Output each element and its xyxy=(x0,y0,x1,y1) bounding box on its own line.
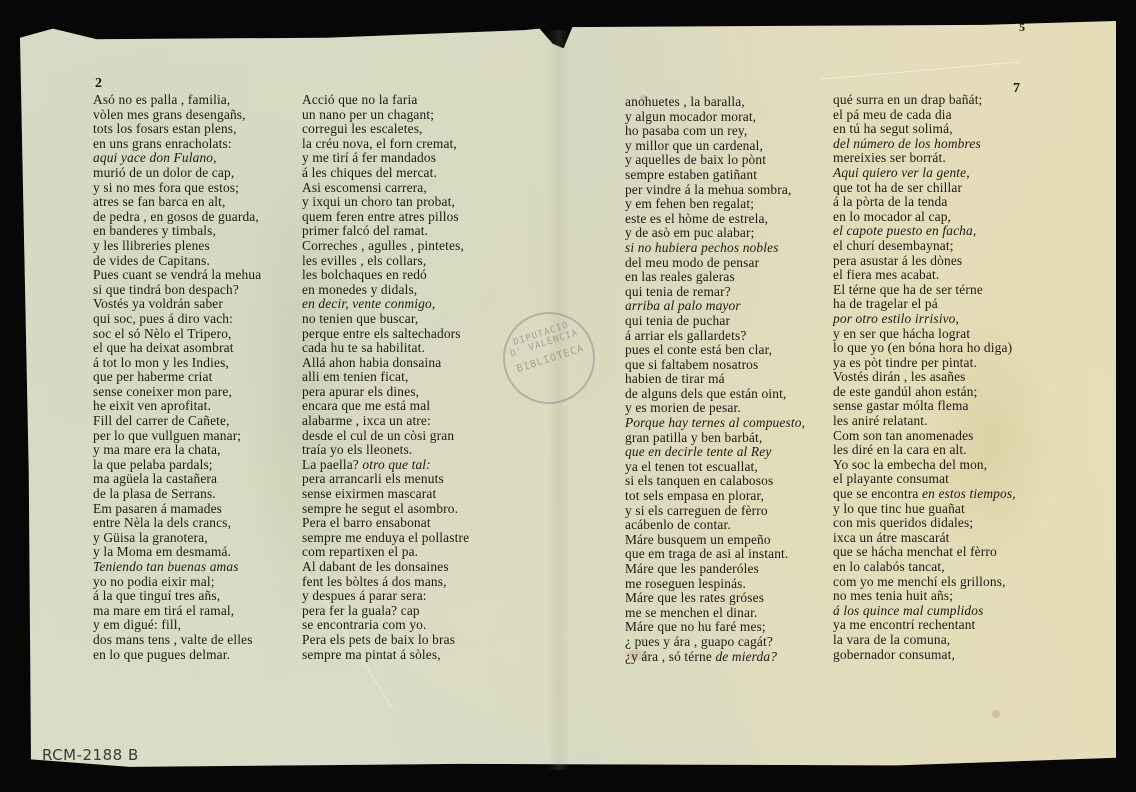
verse-line: en uns grans enracholats: xyxy=(93,137,261,152)
verse-line: La paella? otro que tal: xyxy=(302,458,469,473)
verse-line: Vostés ya voldrán saber xyxy=(93,297,261,312)
verse-line: cada hu te sa habilitat. xyxy=(302,341,469,356)
verse-line: fent les bòltes á dos mans, xyxy=(302,575,469,590)
verse-line-italic: otro que tal: xyxy=(362,457,430,472)
verse-line: ¿y ára , só térne de mierda? xyxy=(625,650,805,665)
verse-line: atres se fan barca en alt, xyxy=(93,195,261,210)
signature-mark: 5 xyxy=(1019,20,1025,35)
verse-line: á la pòrta de la tenda xyxy=(833,195,1016,210)
verse-line: por otro estilo irrisivo, xyxy=(833,312,1016,327)
verse-line: á arriar els gallardets? xyxy=(625,329,805,344)
right-page-column-1: anohuetes , la baralla,y algun mocador m… xyxy=(625,95,805,664)
verse-line: si no hubiera pechos nobles xyxy=(625,241,805,256)
verse-line: sense gastar mólta flema xyxy=(833,399,1016,414)
verse-line: ya es pòt tindre per pintat. xyxy=(833,356,1016,371)
verse-line: alli em tenien ficat, xyxy=(302,370,469,385)
verse-line: y les llibreries plenes xyxy=(93,239,261,254)
verse-line-italic: en estos tiempos, xyxy=(922,486,1016,501)
verse-line: el capote puesto en facha, xyxy=(833,224,1016,239)
verse-line: arriba al palo mayor xyxy=(625,299,805,314)
verse-line: Porque hay ternes al compuesto, xyxy=(625,416,805,431)
verse-line: y em digué: fill, xyxy=(93,618,261,633)
verse-line: yo no podia eixir mal; xyxy=(93,575,261,590)
verse-line: si els tanquen en calabosos xyxy=(625,474,805,489)
verse-line: corregui les escaletes, xyxy=(302,122,469,137)
verse-line: soc el só Nèlo el Tripero, xyxy=(93,327,261,342)
verse-line: les aniré relatant. xyxy=(833,414,1016,429)
verse-line: les bolchaques en redó xyxy=(302,268,469,283)
verse-line: Al dabant de les donsaines xyxy=(302,560,469,575)
left-page-column-1: Asó no es palla , familia,vòlen mes gran… xyxy=(93,93,261,662)
verse-line: per vindre á la mehua sombra, xyxy=(625,183,805,198)
verse-line: no mes tenia huit añs; xyxy=(833,589,1016,604)
verse-line-roman: ¿y ára , só térne xyxy=(625,649,715,664)
verse-line: quem feren entre atres pillos xyxy=(302,210,469,225)
verse-line: y algun mocador morat, xyxy=(625,110,805,125)
verse-line: Aqui quiero ver la gente, xyxy=(833,166,1016,181)
verse-line: de vides de Capitans. xyxy=(93,254,261,269)
verse-line: Pera el barro ensabonat xyxy=(302,516,469,531)
verse-line: el pá meu de cada dia xyxy=(833,108,1016,123)
verse-line: de pedra , en gosos de guarda, xyxy=(93,210,261,225)
verse-line: sempre estaben gatiñant xyxy=(625,168,805,183)
verse-line: alabarme , ixca un atre: xyxy=(302,414,469,429)
right-page-column-2: qué surra en un drap bañát;el pá meu de … xyxy=(833,93,1016,662)
verse-line: á les chiques del mercat. xyxy=(302,166,469,181)
verse-line: Máre que les panderóles xyxy=(625,562,805,577)
verse-line: sempre he segut el asombro. xyxy=(302,502,469,517)
verse-line: ha de tragelar el pá xyxy=(833,297,1016,312)
verse-line: aqui yace don Fulano, xyxy=(93,151,261,166)
verse-line: Com son tan anomenades xyxy=(833,429,1016,444)
verse-line: ma mare em tirá el ramal, xyxy=(93,604,261,619)
verse-line: de la plasa de Serrans. xyxy=(93,487,261,502)
verse-line: Asi escomensi carrera, xyxy=(302,181,469,196)
verse-line: y ixqui un choro tan probat, xyxy=(302,195,469,210)
verse-line: pera asustar á les dònes xyxy=(833,254,1016,269)
verse-line: ya me encontrí rechentant xyxy=(833,618,1016,633)
verse-line: de este gandúl ahon están; xyxy=(833,385,1016,400)
verse-line: en tú ha segut solimá, xyxy=(833,122,1016,137)
verse-line: del meu modo de pensar xyxy=(625,256,805,271)
verse-line: y la Moma em desmamá. xyxy=(93,545,261,560)
verse-line: perque entre els saltechadors xyxy=(302,327,469,342)
verse-line: dos mans tens , valte de elles xyxy=(93,633,261,648)
left-page-column-2: Acció que no la fariaun nano per un chag… xyxy=(302,93,469,662)
verse-line: y si els carreguen de fèrro xyxy=(625,504,805,519)
verse-line: Fill del carrer de Cañete, xyxy=(93,414,261,429)
paper-spot xyxy=(992,710,1000,718)
verse-line: sempre ma pintat á sòles, xyxy=(302,648,469,663)
verse-line: vòlen mes grans desengañs, xyxy=(93,108,261,123)
verse-line: ho pasaba com un rey, xyxy=(625,124,805,139)
verse-line: á los quince mal cumplidos xyxy=(833,604,1016,619)
verse-line: pera arrancarli els menuts xyxy=(302,472,469,487)
verse-line: per lo que vullguen manar; xyxy=(93,429,261,444)
verse-line: murió de un dolor de cap, xyxy=(93,166,261,181)
verse-line: la vara de la comuna, xyxy=(833,633,1016,648)
verse-line: pera apurar els dines, xyxy=(302,385,469,400)
verse-line: tot sels empasa en plorar, xyxy=(625,489,805,504)
verse-line: Asó no es palla , familia, xyxy=(93,93,261,108)
verse-line: este es el hòme de estrela, xyxy=(625,212,805,227)
verse-line: habien de tirar má xyxy=(625,372,805,387)
verse-line: primer falcó del ramat. xyxy=(302,224,469,239)
verse-line: el fiera mes acabat. xyxy=(833,268,1016,283)
verse-line: y despues á parar sera: xyxy=(302,589,469,604)
verse-line: se encontraria com yo. xyxy=(302,618,469,633)
verse-line: que se hácha menchat el fèrro xyxy=(833,545,1016,560)
verse-line: ¿ pues y ára , guapo cagát? xyxy=(625,635,805,650)
verse-line: Máre que no hu faré mes; xyxy=(625,620,805,635)
verse-line: en las reales galeras xyxy=(625,270,805,285)
verse-line: mereixies ser borrát. xyxy=(833,151,1016,166)
verse-line: y ma mare era la chata, xyxy=(93,443,261,458)
verse-line: com yo me menchí els grillons, xyxy=(833,575,1016,590)
verse-line: ya el tenen tot escuallat, xyxy=(625,460,805,475)
verse-line: en monedes y didals, xyxy=(302,283,469,298)
verse-line: me se menchen el dinar. xyxy=(625,606,805,621)
verse-line: Teniendo tan buenas amas xyxy=(93,560,261,575)
verse-line: á tot lo mon y les Indies, xyxy=(93,356,261,371)
verse-line: ixca un átre mascarát xyxy=(833,531,1016,546)
verse-line: y me tirí á fer mandados xyxy=(302,151,469,166)
verse-line: con mis queridos didales; xyxy=(833,516,1016,531)
verse-line: encara que me está mal xyxy=(302,399,469,414)
verse-line: Pues cuant se vendrá la mehua xyxy=(93,268,261,283)
verse-line: el churí desembaynat; xyxy=(833,239,1016,254)
verse-line: que se encontra en estos tiempos, xyxy=(833,487,1016,502)
verse-line: en decir, vente conmigo, xyxy=(302,297,469,312)
verse-line: desde el cul de un còsi gran xyxy=(302,429,469,444)
verse-line: ma agüela la castañera xyxy=(93,472,261,487)
verse-line: de alguns dels que están oint, xyxy=(625,387,805,402)
verse-line: la créu nova, el forn cremat, xyxy=(302,137,469,152)
verse-line: la que pelaba pardals; xyxy=(93,458,261,473)
verse-line: les diré en la cara en alt. xyxy=(833,443,1016,458)
verse-line: lo que yo (en bóna hora ho diga) xyxy=(833,341,1016,356)
verse-line: El térne que ha de ser térne xyxy=(833,283,1016,298)
verse-line: qui soc, pues á diro vach: xyxy=(93,312,261,327)
verse-line-italic: de mierda? xyxy=(715,649,777,664)
verse-line: que em traga de asi al instant. xyxy=(625,547,805,562)
verse-line: traía yo els lleonets. xyxy=(302,443,469,458)
verse-line: les evilles , els collars, xyxy=(302,254,469,269)
verse-line: á la que tinguí tres añs, xyxy=(93,589,261,604)
verse-line-roman: La paella? xyxy=(302,457,362,472)
verse-line: y si no mes fora que estos; xyxy=(93,181,261,196)
verse-line: gobernador consumat, xyxy=(833,648,1016,663)
verse-line: el playante consumat xyxy=(833,472,1016,487)
verse-line: y lo que tinc hue guañat xyxy=(833,502,1016,517)
verse-line: en lo calabós tancat, xyxy=(833,560,1016,575)
verse-line: y em fehen ben regalat; xyxy=(625,197,805,212)
verse-line: qui tenia de puchar xyxy=(625,314,805,329)
verse-line: Máre busquem un empeño xyxy=(625,533,805,548)
verse-line: pera fer la guala? cap xyxy=(302,604,469,619)
verse-line: y Güisa la granotera, xyxy=(93,531,261,546)
verse-line: en lo que pugues delmar. xyxy=(93,648,261,663)
verse-line: me roseguen lespinás. xyxy=(625,577,805,592)
verse-line: si que tindrá bon despach? xyxy=(93,283,261,298)
verse-line: Vostés dirán , les asañes xyxy=(833,370,1016,385)
verse-line: del número de los hombres xyxy=(833,137,1016,152)
verse-line: Acció que no la faria xyxy=(302,93,469,108)
verse-line: y es morien de pesar. xyxy=(625,401,805,416)
verse-line: no tenien que buscar, xyxy=(302,312,469,327)
verse-line: pues el conte está ben clar, xyxy=(625,343,805,358)
verse-line: entre Nèla la dels crancs, xyxy=(93,516,261,531)
verse-line: en lo mocador al cap, xyxy=(833,210,1016,225)
verse-line: gran patilla y ben barbát, xyxy=(625,431,805,446)
verse-line: qué surra en un drap bañát; xyxy=(833,93,1016,108)
verse-line: que en decirle tente al Rey xyxy=(625,445,805,460)
verse-line: sense eixirmen mascarat xyxy=(302,487,469,502)
shelfmark-label: RCM-2188 B xyxy=(42,746,139,764)
verse-line: el que ha deixat asombrat xyxy=(93,341,261,356)
verse-line: anohuetes , la baralla, xyxy=(625,95,805,110)
verse-line: com repartixen el pa. xyxy=(302,545,469,560)
verse-line: y millor que un cardenal, xyxy=(625,139,805,154)
verse-line: he eixit ven aprofitat. xyxy=(93,399,261,414)
verse-line: y en ser que hácha lograt xyxy=(833,327,1016,342)
verse-line: que tot ha de ser chillar xyxy=(833,181,1016,196)
verse-line: en banderes y timbals, xyxy=(93,224,261,239)
verse-line: acábenlo de contar. xyxy=(625,518,805,533)
verse-line: Pera els pets de baix lo bras xyxy=(302,633,469,648)
verse-line: tots los fosars estan plens, xyxy=(93,122,261,137)
verse-line: qui tenia de remar? xyxy=(625,285,805,300)
verse-line: y aquelles de baix lo pònt xyxy=(625,153,805,168)
verse-line: y de asò em puc alabar; xyxy=(625,226,805,241)
verse-line: Correches , agulles , pintetes, xyxy=(302,239,469,254)
verse-line: Allá ahon habia donsaina xyxy=(302,356,469,371)
verse-line: Em pasaren á mamades xyxy=(93,502,261,517)
page-number-left: 2 xyxy=(95,76,102,92)
verse-line: que si faltabem nosatros xyxy=(625,358,805,373)
verse-line: Yo soc la embecha del mon, xyxy=(833,458,1016,473)
verse-line-roman: que se encontra xyxy=(833,486,922,501)
verse-line: Máre que les rates gróses xyxy=(625,591,805,606)
verse-line: un nano per un chagant; xyxy=(302,108,469,123)
verse-line: sense coneixer mon pare, xyxy=(93,385,261,400)
verse-line: sempre me enduya el pollastre xyxy=(302,531,469,546)
verse-line: que per haberme criat xyxy=(93,370,261,385)
